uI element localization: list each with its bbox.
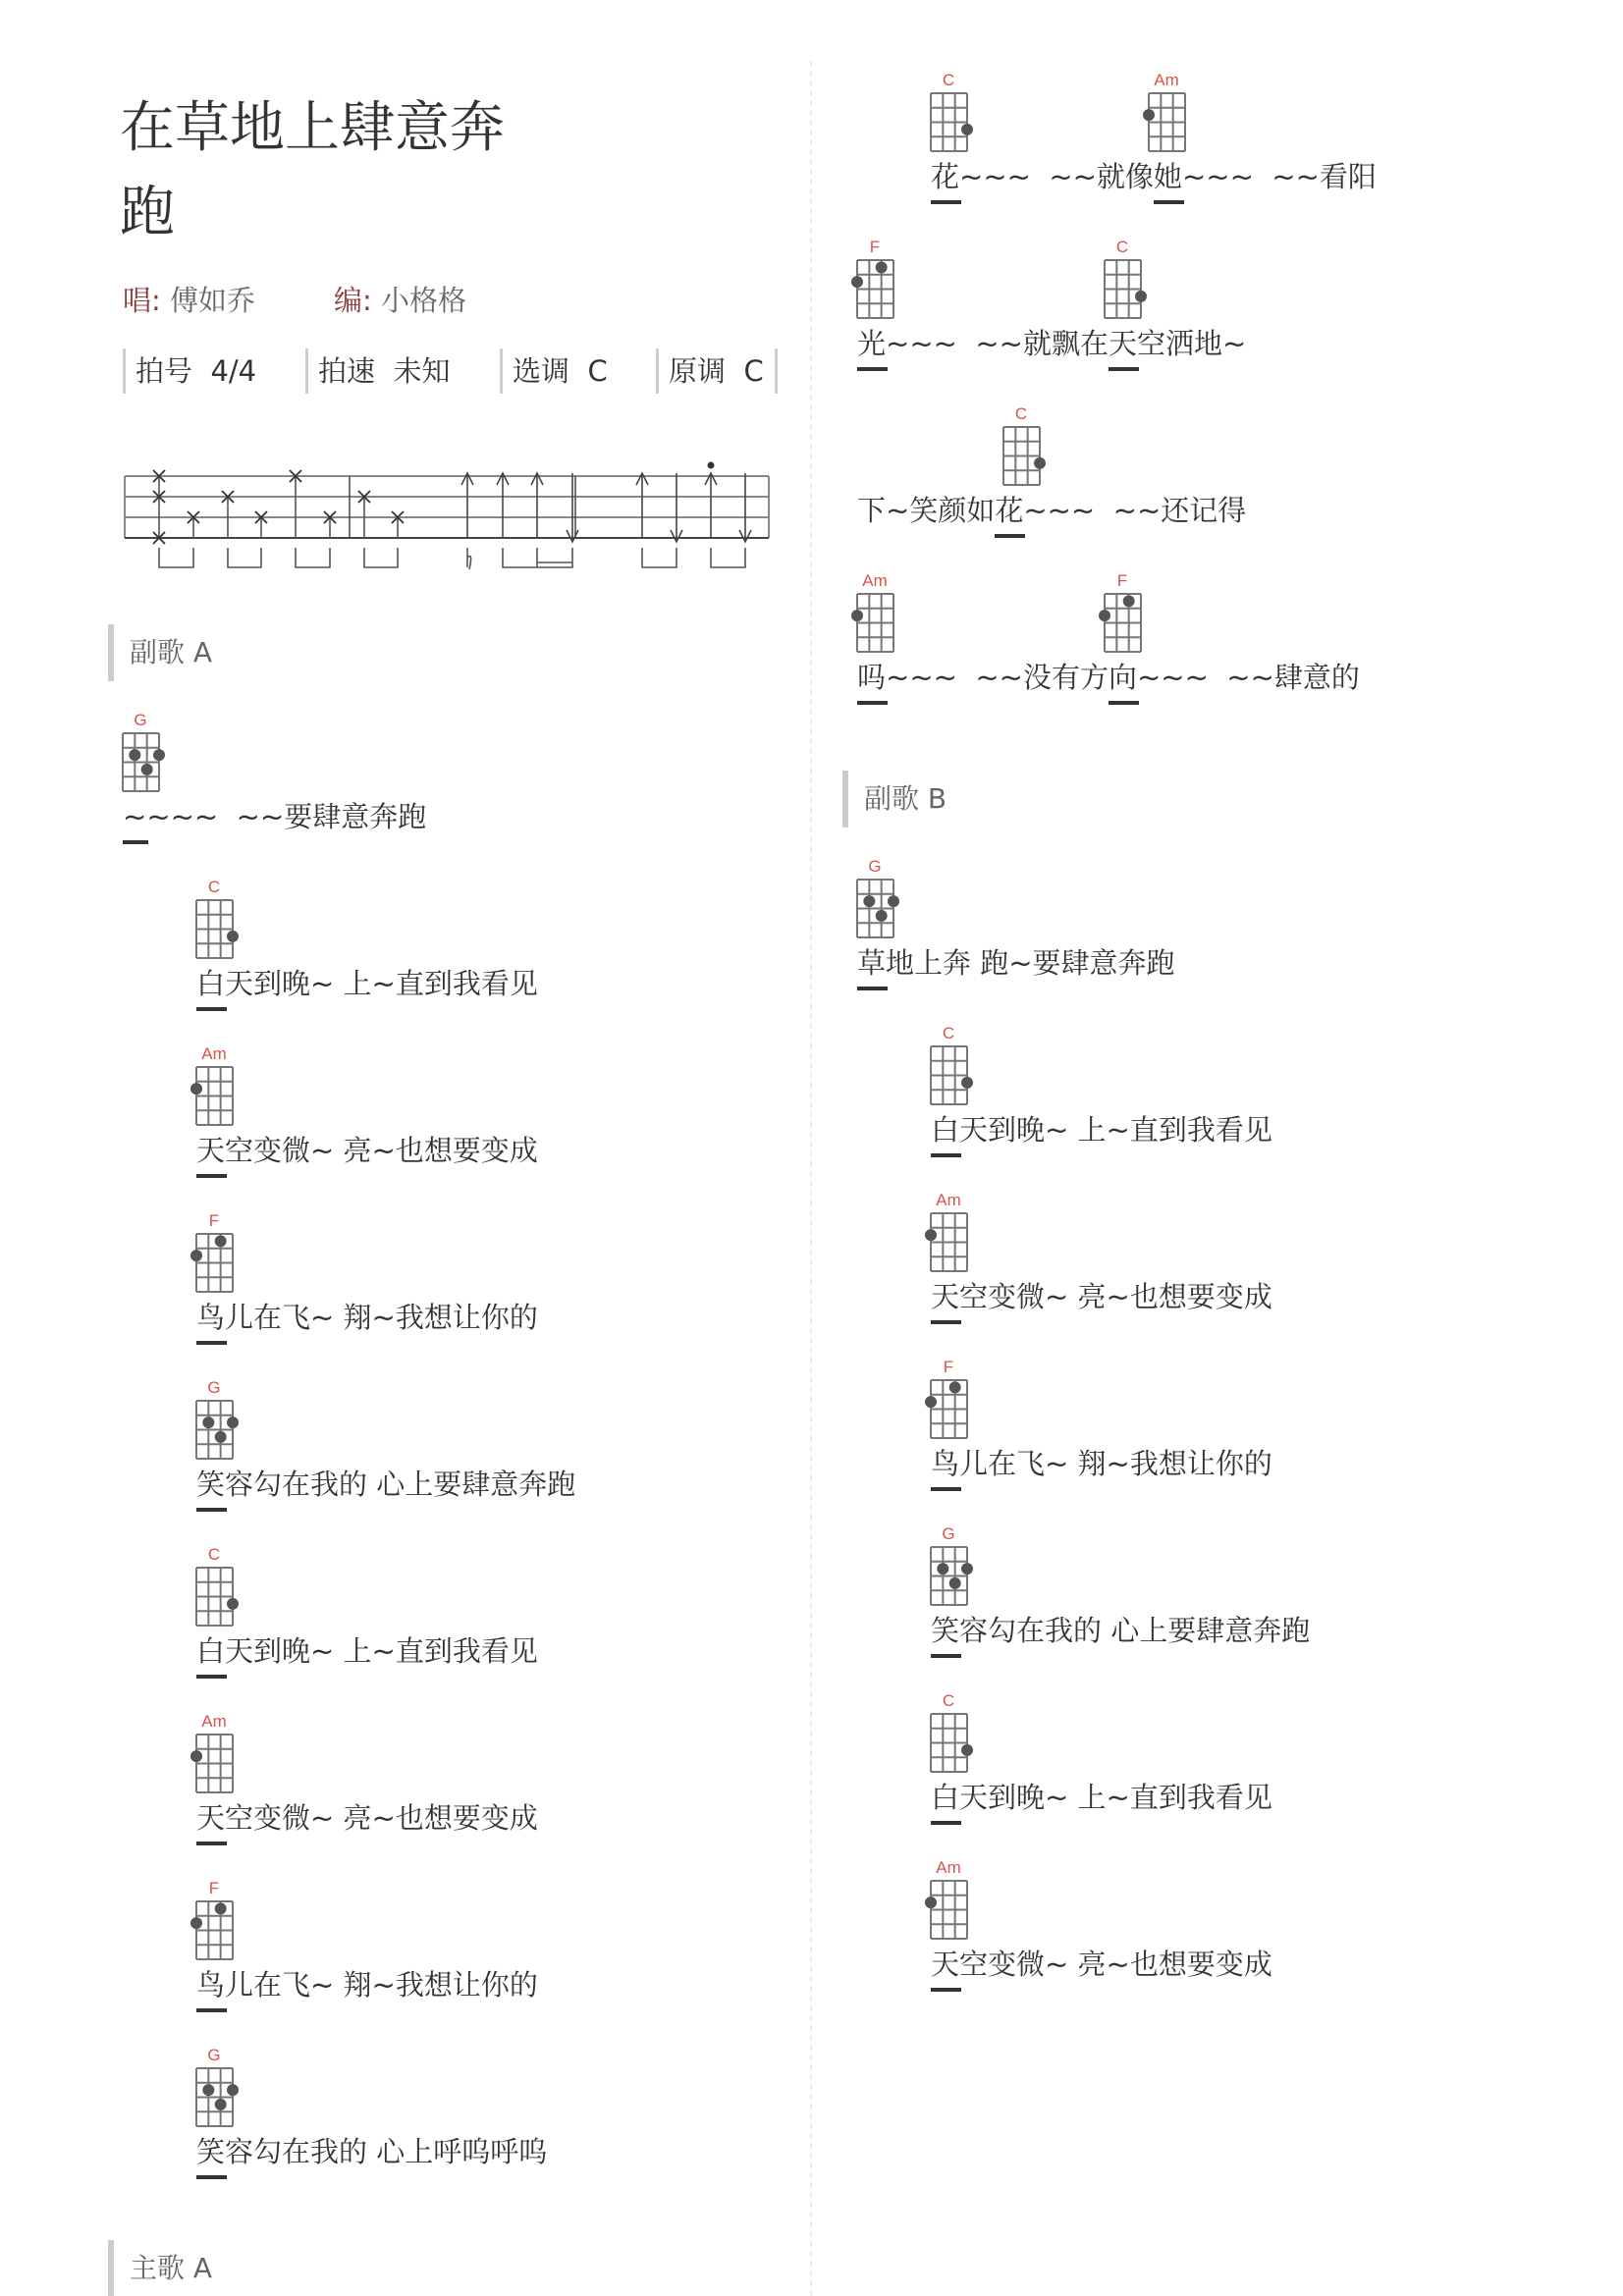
chord-grid-icon: [194, 1734, 241, 1795]
chord-name: C: [929, 1024, 968, 1043]
lyric-text: 下~笑颜如: [857, 494, 995, 527]
chord-grid-icon: [194, 1066, 241, 1128]
lyric-line: 白天到晚~ 上~直到我看见: [196, 1633, 538, 1669]
chord-name: Am: [929, 1858, 968, 1878]
chord-name: Am: [1147, 71, 1186, 90]
chord-anchor-char: 向: [1109, 660, 1137, 695]
chord-anchor-char: 光: [857, 326, 886, 361]
chord-grid-icon: [194, 899, 241, 961]
lyric-text: 空变微~ 亮~也想要变成: [959, 1948, 1272, 1981]
chord-name: C: [1103, 238, 1142, 257]
chord-name: C: [929, 71, 968, 90]
lyric-line: 鸟儿在飞~ 翔~我想让你的: [196, 1300, 538, 1335]
chord-grid-icon: [1103, 259, 1149, 321]
chord-anchor-char: 笑: [196, 1467, 225, 1502]
chord-anchor-char: 鸟: [196, 1300, 225, 1335]
chord-anchor-char: ~: [123, 799, 146, 834]
chord-anchor-char: 鸟: [931, 1446, 959, 1481]
chord-anchor-char: 她: [1154, 159, 1182, 194]
lyric-text: 儿在飞~ 翔~我想让你的: [225, 1968, 538, 2002]
lyric-text: 天到晚~ 上~直到我看见: [959, 1781, 1272, 1814]
chord-grid-icon: [1103, 593, 1149, 655]
chord-grid-icon: [929, 1546, 975, 1608]
chord-grid-icon: [929, 92, 975, 154]
section-header-chorus-b: 副歌 B: [842, 771, 947, 828]
chord-name: Am: [194, 1044, 234, 1064]
section-header-chorus-a: 副歌 A: [108, 624, 212, 681]
chord-anchor-char: 笑: [196, 2134, 225, 2169]
lyric-text: 天到晚~ 上~直到我看见: [959, 1113, 1272, 1147]
lyric-line: 天空变微~ 亮~也想要变成: [931, 1279, 1272, 1314]
lyric-line: 天空变微~ 亮~也想要变成: [196, 1800, 538, 1836]
chord-anchor-char: 笑: [931, 1613, 959, 1648]
lyric-text: 地上奔 跑~要肆意奔跑: [886, 946, 1175, 980]
chord-name: G: [855, 857, 894, 877]
lyric-text: 空洒地~: [1137, 327, 1246, 360]
lyric-line: 下~笑颜如花~~~ ~~还记得: [857, 493, 1246, 528]
lyric-line: 天空变微~ 亮~也想要变成: [196, 1133, 538, 1168]
lyric-text: 空变微~ 亮~也想要变成: [225, 1134, 538, 1167]
lyric-line: ~~~~ ~~要肆意奔跑: [123, 799, 426, 834]
lyric-line: 笑容勾在我的 心上要肆意奔跑: [196, 1467, 575, 1502]
chord-name: G: [121, 711, 160, 730]
lyric-text: 天到晚~ 上~直到我看见: [225, 967, 538, 1000]
chord-grid-icon: [929, 1045, 975, 1107]
chord-grid-icon: [194, 1233, 241, 1295]
chord-name: Am: [194, 1712, 234, 1732]
chord-name: G: [194, 1378, 234, 1398]
chord-name: C: [1001, 404, 1041, 424]
chord-anchor-char: 天: [196, 1800, 225, 1836]
chord-anchor-char: 花: [931, 159, 959, 194]
chord-name: F: [855, 238, 894, 257]
chord-grid-icon: [194, 2067, 241, 2129]
lyric-line: 草地上奔 跑~要肆意奔跑: [857, 945, 1175, 981]
chord-grid-icon: [855, 259, 901, 321]
chord-grid-icon: [194, 1567, 241, 1629]
chord-grid-icon: [929, 1880, 975, 1942]
lyric-text: ~~~ ~~没有方: [886, 661, 1109, 694]
chord-name: G: [929, 1524, 968, 1544]
lyric-text: 容勾在我的 心上呼呜呼呜: [225, 2135, 547, 2168]
section-header-verse-a: 主歌 A: [108, 2240, 212, 2296]
chord-anchor-char: 天: [1109, 326, 1137, 361]
lyric-line: 笑容勾在我的 心上要肆意奔跑: [931, 1613, 1310, 1648]
chord-name: Am: [929, 1191, 968, 1210]
chord-name: F: [929, 1358, 968, 1377]
lyric-text: 空变微~ 亮~也想要变成: [225, 1801, 538, 1835]
lyric-text: 容勾在我的 心上要肆意奔跑: [225, 1468, 575, 1501]
chord-grid-icon: [194, 1900, 241, 1962]
chord-grid-icon: [929, 1212, 975, 1274]
chord-name: F: [1103, 571, 1142, 591]
chord-anchor-char: 鸟: [196, 1967, 225, 2002]
chord-name: C: [194, 878, 234, 897]
lyric-text: 儿在飞~ 翔~我想让你的: [225, 1301, 538, 1334]
lyric-text: 空变微~ 亮~也想要变成: [959, 1280, 1272, 1313]
chord-name: F: [194, 1879, 234, 1898]
chord-anchor-char: 花: [995, 493, 1023, 528]
chord-name: F: [194, 1211, 234, 1231]
lyric-text: ~~~ ~~就像: [959, 160, 1154, 193]
chord-grid-icon: [1147, 92, 1193, 154]
chord-grid-icon: [194, 1400, 241, 1462]
strum-pattern-diagram: [0, 0, 805, 589]
chord-grid-icon: [855, 879, 901, 940]
chord-anchor-char: 天: [196, 1133, 225, 1168]
chord-grid-icon: [855, 593, 901, 655]
lyric-line: 白天到晚~ 上~直到我看见: [931, 1112, 1272, 1148]
lyric-text: 儿在飞~ 翔~我想让你的: [959, 1447, 1272, 1480]
chord-grid-icon: [1001, 426, 1048, 488]
chord-anchor-char: 草: [857, 945, 886, 981]
lyric-line: 吗~~~ ~~没有方向~~~ ~~肆意的: [857, 660, 1360, 695]
chord-anchor-char: 白: [931, 1780, 959, 1815]
lyric-text: ~~~ ~~要肆意奔跑: [146, 800, 426, 833]
chord-anchor-char: 吗: [857, 660, 886, 695]
lyric-line: 白天到晚~ 上~直到我看见: [196, 966, 538, 1001]
column-divider: [810, 61, 812, 2296]
lyric-line: 花~~~ ~~就像她~~~ ~~看阳: [931, 159, 1377, 194]
lyric-line: 光~~~ ~~就飘在天空洒地~: [857, 326, 1246, 361]
chord-anchor-char: 天: [931, 1947, 959, 1982]
lyric-line: 天空变微~ 亮~也想要变成: [931, 1947, 1272, 1982]
chord-anchor-char: 白: [931, 1112, 959, 1148]
lyric-text: 天到晚~ 上~直到我看见: [225, 1634, 538, 1668]
lyric-line: 鸟儿在飞~ 翔~我想让你的: [931, 1446, 1272, 1481]
lyric-text: ~~~ ~~看阳: [1182, 160, 1377, 193]
chord-name: Am: [855, 571, 894, 591]
lyric-text: ~~~ ~~就飘在: [886, 327, 1109, 360]
chord-name: C: [929, 1691, 968, 1711]
lyric-line: 笑容勾在我的 心上呼呜呼呜: [196, 2134, 547, 2169]
chord-grid-icon: [929, 1379, 975, 1441]
lyric-line: 白天到晚~ 上~直到我看见: [931, 1780, 1272, 1815]
chord-anchor-char: 天: [931, 1279, 959, 1314]
lyric-text: ~~~ ~~还记得: [1023, 494, 1246, 527]
chord-grid-icon: [929, 1713, 975, 1775]
lyric-line: 鸟儿在飞~ 翔~我想让你的: [196, 1967, 538, 2002]
lyric-text: ~~~ ~~肆意的: [1137, 661, 1360, 694]
chord-anchor-char: 白: [196, 966, 225, 1001]
chord-name: G: [194, 2046, 234, 2065]
chord-anchor-char: 白: [196, 1633, 225, 1669]
chord-grid-icon: [121, 732, 167, 794]
chord-name: C: [194, 1545, 234, 1565]
lyric-text: 容勾在我的 心上要肆意奔跑: [959, 1614, 1310, 1647]
